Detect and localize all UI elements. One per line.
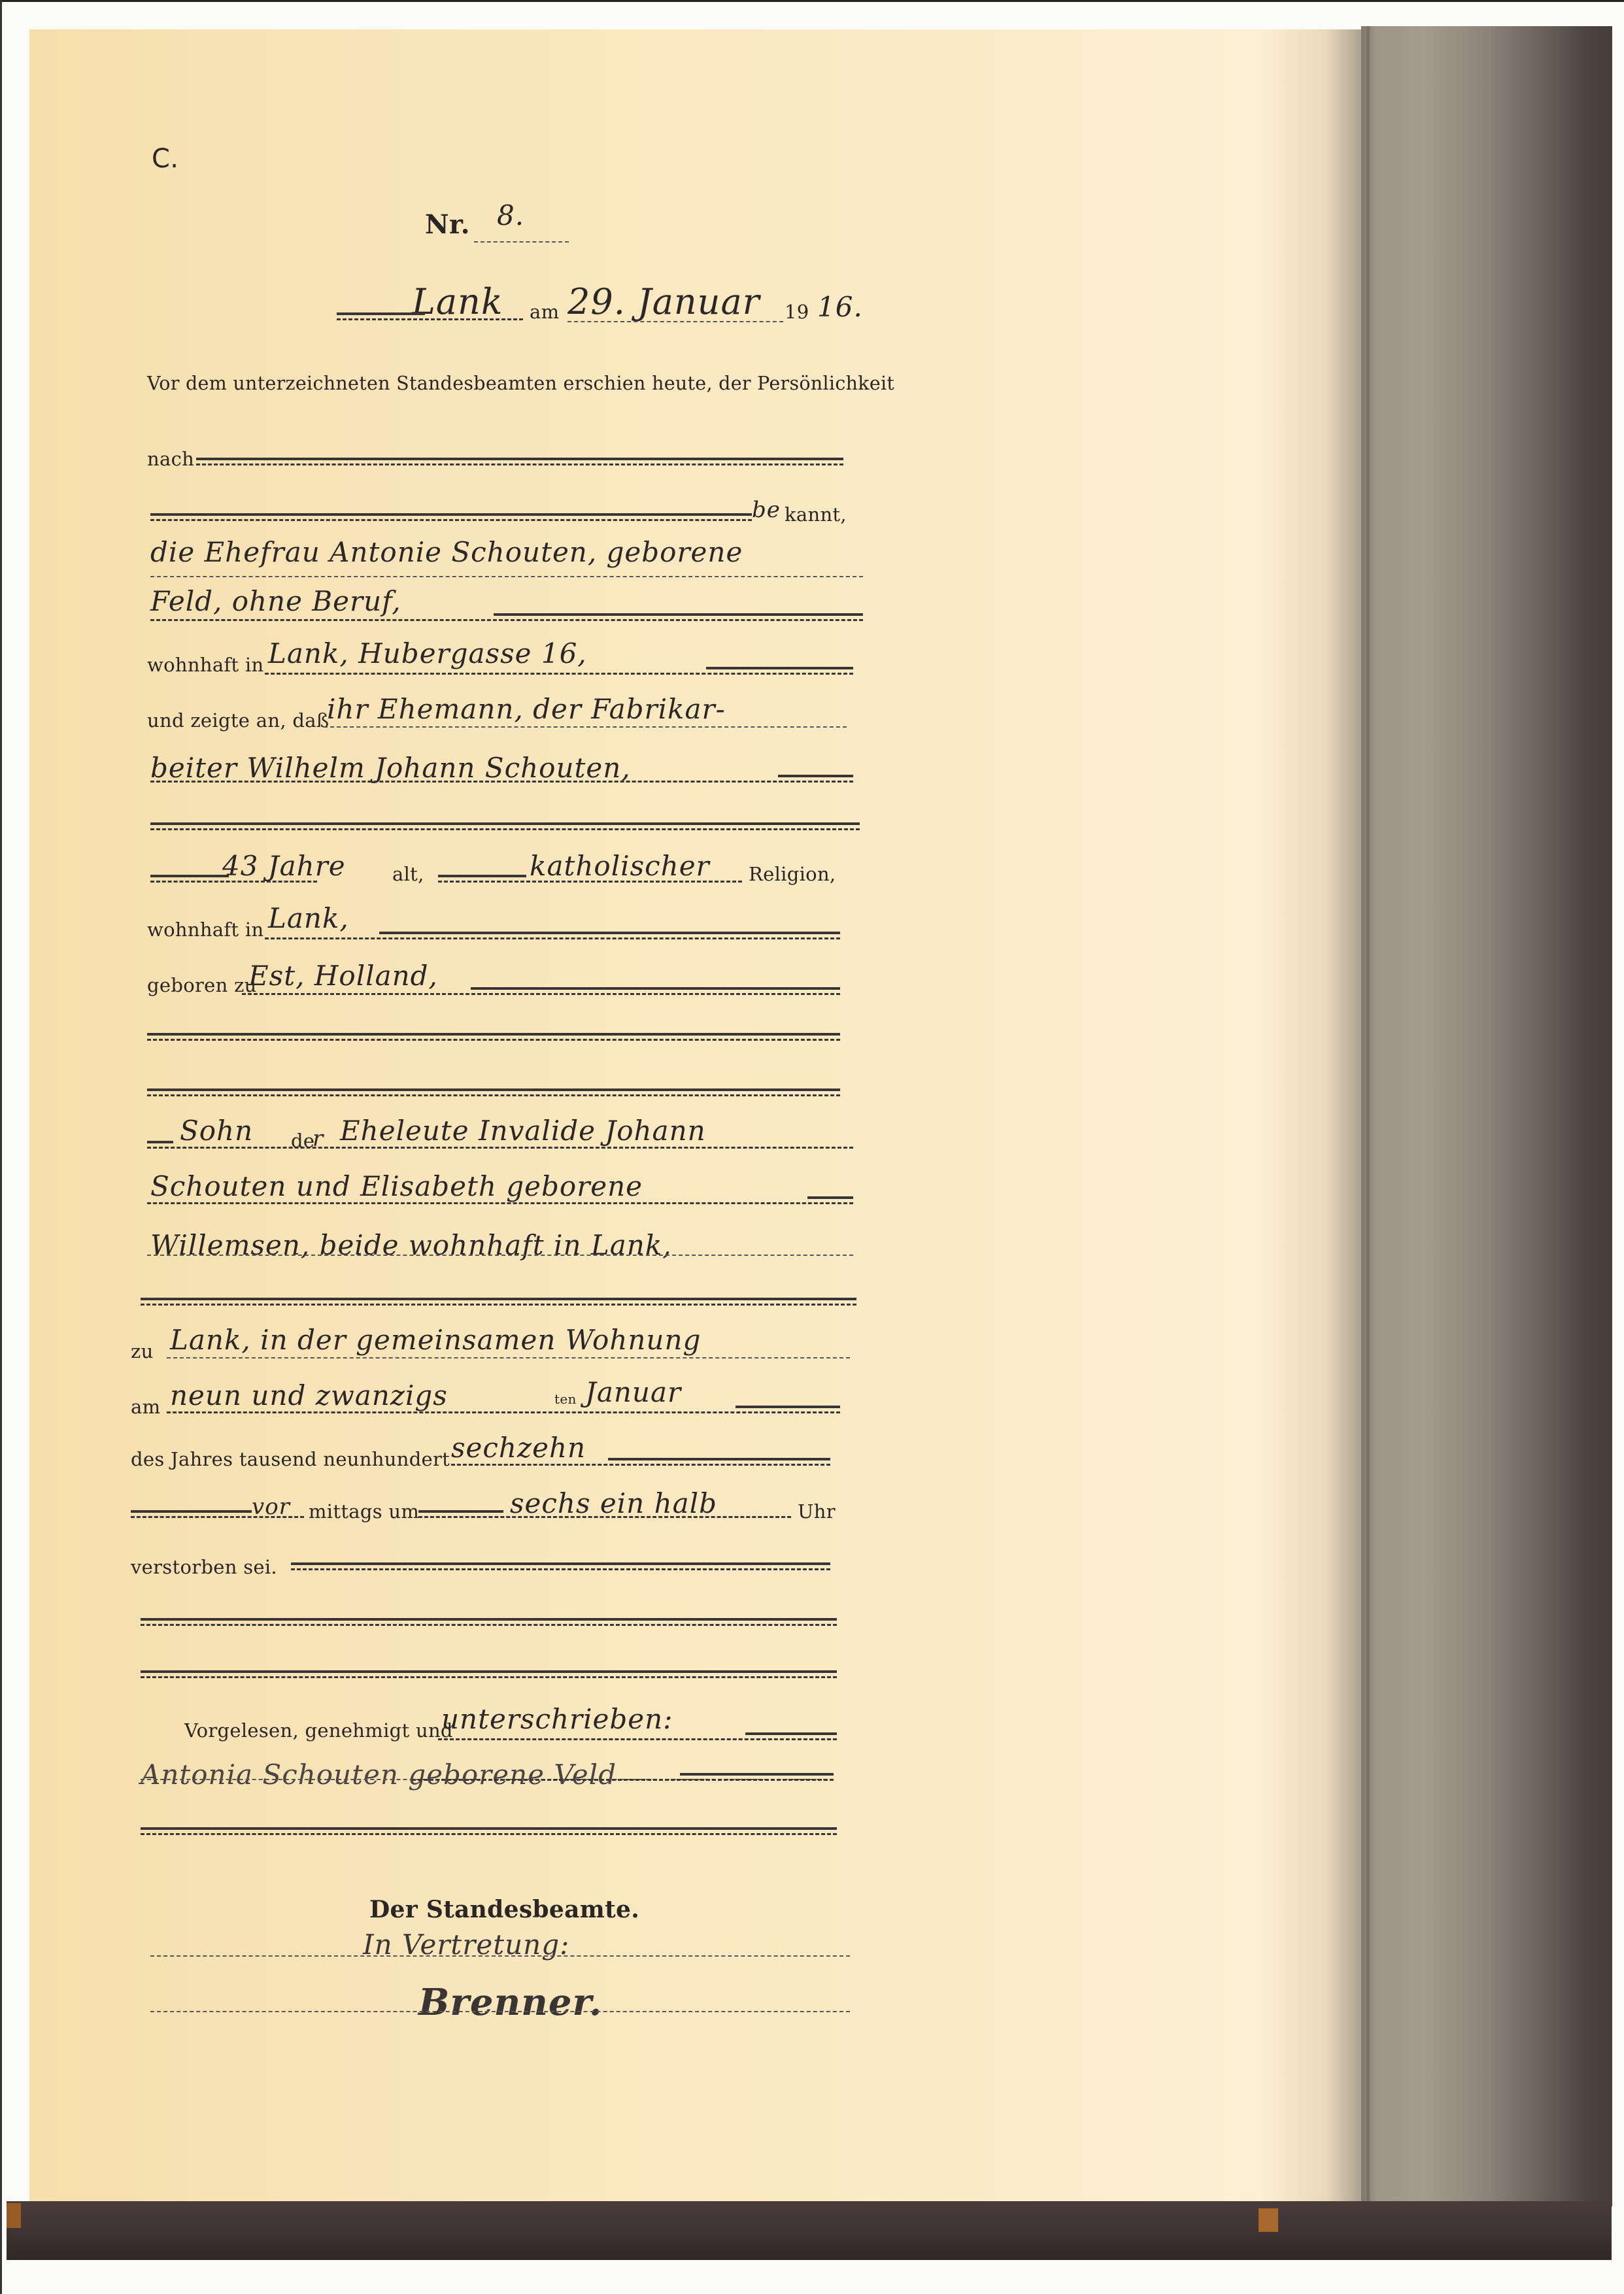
- number-value: 8.: [497, 199, 524, 231]
- bekannt-written: be: [752, 497, 781, 523]
- jahres-line: [451, 1458, 830, 1466]
- age-value: 43 Jahre: [222, 850, 346, 882]
- geboren-line: [242, 987, 840, 995]
- nach-line: [196, 458, 843, 465]
- informant-wohnhaft-line: [265, 667, 853, 675]
- informant-line-1-rule: [150, 575, 863, 577]
- blank-line-4: [141, 1298, 856, 1306]
- vor-value: vor: [252, 1494, 290, 1520]
- scan-border-left: [0, 0, 2, 2294]
- bekannt-label: kannt,: [785, 503, 847, 526]
- religion-value: katholischer: [530, 850, 710, 882]
- vorgelesen-line: [438, 1732, 837, 1740]
- page-gutter: [1366, 26, 1370, 2206]
- book-corner-left: [7, 2203, 21, 2228]
- informant-wohnhaft-value: Lank, Hubergasse 16,: [268, 637, 587, 669]
- informant-line-1: die Ehefrau Antonie Schouten, geborene: [150, 536, 743, 568]
- der-label: de: [291, 1130, 314, 1152]
- deceased-wohnhaft-line: [265, 932, 840, 939]
- blank-line-1: [150, 822, 860, 830]
- vertretung-line: [150, 1955, 850, 1957]
- am-line: [167, 1406, 840, 1413]
- zeigte-line: [324, 726, 847, 728]
- preamble-text: Vor dem unterzeichneten Standesbeamten e…: [147, 373, 894, 394]
- standesbeamte-label: Der Standesbeamte.: [369, 1896, 639, 1923]
- am-label: am: [131, 1396, 160, 1418]
- deceased-wohnhaft-label: wohnhaft in: [147, 919, 263, 941]
- number-label: Nr.: [425, 209, 470, 240]
- geboren-label: geboren zu: [147, 974, 257, 996]
- year-prefix: 19: [785, 301, 809, 323]
- bekannt-line: [150, 513, 752, 521]
- verstorben-line: [291, 1562, 830, 1570]
- sohn-value: Sohn: [180, 1115, 253, 1147]
- zu-label: zu: [131, 1340, 154, 1362]
- blank-line-7: [141, 1827, 837, 1835]
- blank-line-3: [147, 1088, 840, 1096]
- year-suffix: 16.: [817, 291, 863, 323]
- der-suffix: r: [313, 1126, 324, 1152]
- date-line: [567, 320, 783, 322]
- deceased-name-rule: [150, 775, 853, 783]
- informant-line-2-rule: [150, 613, 863, 621]
- ten-label: ten: [554, 1391, 577, 1407]
- date-am-label: am: [530, 301, 559, 323]
- mittags-label: mittags um: [309, 1500, 419, 1523]
- zu-line: [167, 1357, 850, 1358]
- blank-line-6: [141, 1670, 837, 1678]
- official-signature: Brenner.: [418, 1981, 602, 2024]
- parents-line-2-rule: [147, 1196, 853, 1204]
- official-signature-line: [150, 2010, 850, 2012]
- book-corner-right: [1259, 2208, 1278, 2232]
- time-value: sechs ein halb: [510, 1487, 717, 1519]
- zeigte-value: ihr Ehemann, der Fabrikar-: [327, 693, 726, 725]
- parents-line-3: Willemsen, beide wohnhaft in Lank,: [150, 1229, 672, 1261]
- age-label: alt,: [392, 863, 424, 885]
- blank-line-2: [147, 1033, 840, 1041]
- nach-label: nach: [147, 448, 194, 470]
- book-binding-shadow: [1361, 26, 1612, 2206]
- informant-wohnhaft-label: wohnhaft in: [147, 654, 263, 676]
- form-letter: C.: [152, 144, 178, 174]
- religion-label: Religion,: [749, 863, 836, 885]
- verstorben-label: verstorben sei.: [131, 1556, 277, 1578]
- informant-line-2: Feld, ohne Beruf,: [150, 585, 401, 617]
- parents-line-3-rule: [147, 1254, 853, 1256]
- book-bottom-edge: [7, 2201, 1612, 2260]
- vorgelesen-label: Vorgelesen, genehmigt und: [184, 1719, 453, 1742]
- month-value: Januar: [585, 1376, 681, 1408]
- parents-line-1: Eheleute Invalide Johann: [340, 1115, 706, 1147]
- zu-value: Lank, in der gemeinsamen Wohnung: [170, 1324, 701, 1356]
- uhr-label: Uhr: [798, 1500, 836, 1523]
- informant-signature-tail: [412, 1773, 834, 1781]
- deceased-wohnhaft-value: Lank,: [268, 902, 349, 934]
- zeigte-label: und zeigte an, daß: [147, 709, 329, 732]
- scan-border-top: [0, 0, 1624, 2]
- blank-line-5: [141, 1618, 837, 1626]
- jahres-label: des Jahres tausend neunhundert: [131, 1448, 450, 1470]
- place-line: [337, 312, 523, 320]
- vorgelesen-value: unterschrieben:: [441, 1703, 673, 1735]
- number-line: [474, 241, 569, 243]
- date-written: 29. Januar: [567, 281, 760, 322]
